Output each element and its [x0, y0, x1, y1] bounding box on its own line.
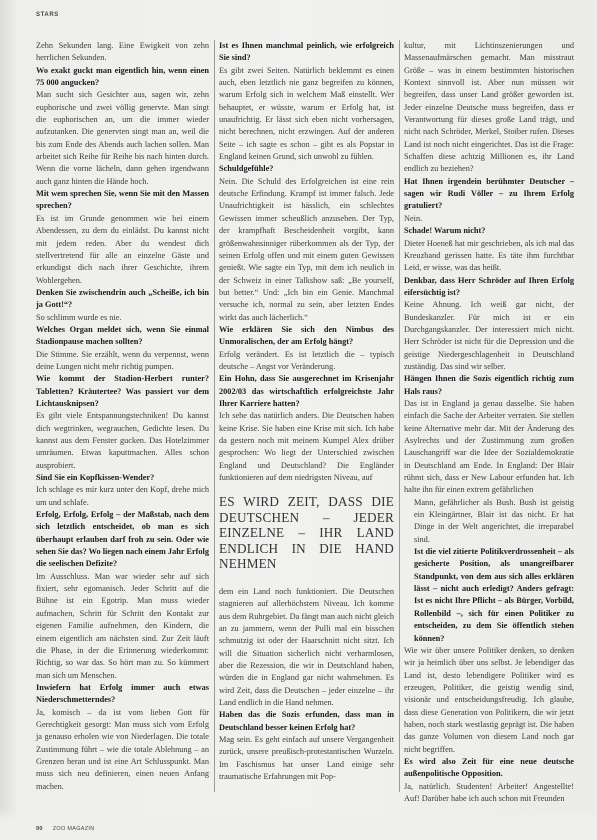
question-paragraph: Haben das die Sozis erfunden, dass man i…: [219, 709, 394, 734]
question-paragraph: Es wird also Zeit für eine neue deutsche…: [404, 756, 574, 781]
answer-paragraph: Nein.: [404, 213, 574, 225]
answer-paragraph: Die Stimme. Sie erzählt, wenn du verpenn…: [36, 349, 209, 374]
answer-paragraph: Es gibt zwei Seiten. Natürlich beklemmt …: [219, 65, 394, 164]
column-right: kultur, mit Lichtinszenierungen und Mass…: [404, 40, 574, 805]
answer-paragraph: Mag sein. Es geht einfach auf unsere Ver…: [219, 734, 394, 783]
question-paragraph: Welches Organ meldet sich, wenn Sie einm…: [36, 324, 209, 349]
answer-paragraph: Zehn Sekunden lang. Eine Ewigkeit von ze…: [36, 40, 209, 65]
question-paragraph: Ist die viel zitierte Politikverdrossenh…: [404, 546, 574, 645]
column-divider: [399, 40, 400, 792]
question-paragraph: Inwiefern hat Erfolg immer auch etwas Ni…: [36, 682, 209, 707]
magazine-page: STARS Zehn Sekunden lang. Eine Ewigkeit …: [0, 0, 597, 840]
question-paragraph: Denkbar, dass Herr Schröder auf Ihren Er…: [404, 275, 574, 300]
question-paragraph: Schuldgefühle?: [219, 163, 394, 175]
answer-paragraph: Keine Ahnung. Ich weiß gar nicht, der Bu…: [404, 299, 574, 373]
answer-paragraph: Man sucht sich Gesichter aus, sagen wir,…: [36, 89, 209, 188]
column-divider: [214, 40, 215, 792]
column-left: Zehn Sekunden lang. Eine Ewigkeit von ze…: [36, 40, 209, 793]
answer-paragraph: Es ist im Grunde genommen wie bei einem …: [36, 213, 209, 287]
question-paragraph: Wie kommt der Stadion-Herbert runter? Ta…: [36, 373, 209, 410]
answer-paragraph: Ja, komisch – da ist vom lieben Gott für…: [36, 707, 209, 793]
question-paragraph: Ein Hohn, dass Sie ausgerechnet im Krise…: [219, 373, 394, 410]
question-paragraph: Sind Sie ein Kopfkissen-Wender?: [36, 472, 209, 484]
answer-paragraph: dem ein Land noch funktioniert. Die Deut…: [219, 586, 394, 709]
answer-paragraph: Ja, natürlich. Studenten! Arbeiter! Ange…: [404, 781, 574, 806]
answer-paragraph: Ich sehe das natürlich anders. Die Deuts…: [219, 410, 394, 484]
answer-paragraph: Dieter Hoeneß hat mir geschrieben, als i…: [404, 238, 574, 275]
page-number: 90: [36, 826, 43, 832]
question-paragraph: Denken Sie zwischendrin auch „Scheiße, i…: [36, 287, 209, 312]
question-paragraph: Hat Ihnen irgendein berühmter Deutscher …: [404, 176, 574, 213]
answer-paragraph: kultur, mit Lichtinszenierungen und Mass…: [404, 40, 574, 176]
section-tag: STARS: [36, 12, 59, 18]
answer-paragraph: Wie wir über unsere Politiker denken, so…: [404, 645, 574, 756]
answer-paragraph: Das ist in England ja genau dasselbe. Si…: [404, 398, 574, 497]
question-paragraph: Ist es Ihnen manchmal peinlich, wie erfo…: [219, 40, 394, 65]
answer-paragraph: Im Ausschluss. Man war wieder sehr auf s…: [36, 571, 209, 682]
page-footer: 90ZOO MAGAZIN: [36, 826, 95, 832]
question-paragraph: Erfolg, Erfolg, Erfolg – der Maßstab, na…: [36, 509, 209, 571]
answer-paragraph: Erfolg verändert. Es ist letztlich die –…: [219, 349, 394, 374]
answer-paragraph: So schlimm wurde es nie.: [36, 312, 209, 324]
question-paragraph: Wie erklären Sie sich den Nimbus des Unm…: [219, 324, 394, 349]
question-paragraph: Schade! Warum nicht?: [404, 225, 574, 237]
pull-quote: Es wird Zeit, dass die Deutschen – jeder…: [219, 494, 394, 572]
page-bottom-margin: [0, 808, 597, 840]
question-paragraph: Hängen Ihnen die Sozis eigentlich richti…: [404, 373, 574, 398]
answer-paragraph: Nein. Die Schuld des Erfolgreichen ist e…: [219, 176, 394, 324]
answer-paragraph: Ich schlage es mir kurz unter den Kopf, …: [36, 484, 209, 509]
column-middle: Ist es Ihnen manchmal peinlich, wie erfo…: [219, 40, 394, 783]
publication-name: ZOO MAGAZIN: [53, 826, 95, 832]
question-paragraph: Wo exakt guckt man eigentlich hin, wenn …: [36, 65, 209, 90]
answer-paragraph: Mann, gefährlicher als Bush. Bush ist ge…: [404, 497, 574, 546]
answer-paragraph: Es gibt viele Entspannungstechniken! Du …: [36, 410, 209, 472]
question-paragraph: Mit wem sprechen Sie, wenn Sie mit den M…: [36, 188, 209, 213]
